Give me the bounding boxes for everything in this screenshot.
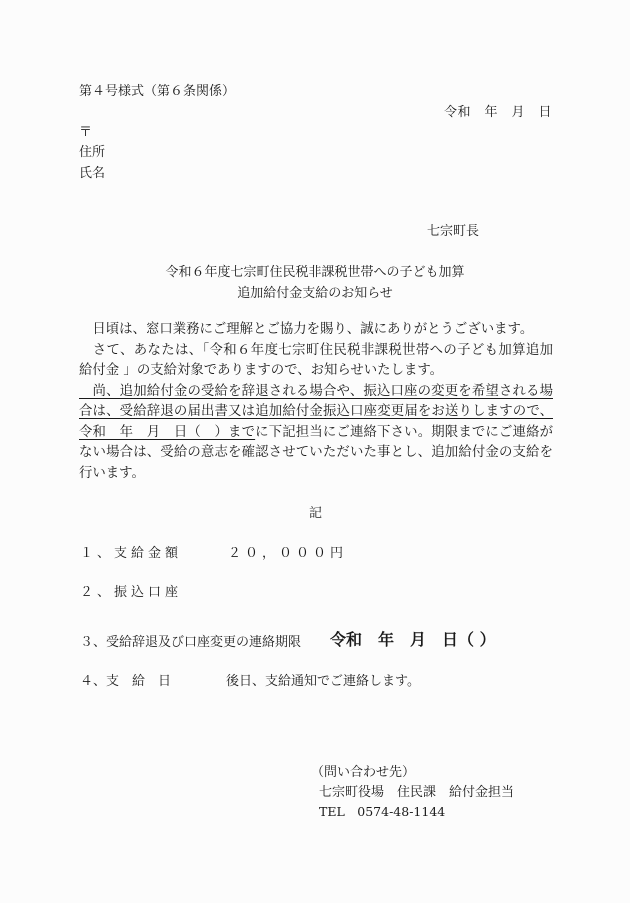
contact-heading: （問い合わせ先） — [311, 761, 415, 780]
address-label: 住所 — [79, 141, 105, 160]
postal-mark: 〒 — [79, 121, 92, 140]
document-title-line2: 追加給付金支給のお知らせ — [0, 282, 630, 301]
item-amount-value: ２０，０００円 — [228, 542, 347, 561]
document-title-line1: 令和６年度七宗町住民税非課税世帯への子ども加算 — [0, 261, 630, 280]
item-paydate-label: ４、支 給 日 — [80, 670, 171, 689]
item-account-label: ２、振込口座 — [80, 581, 182, 600]
item-paydate-value: 後日、支給通知でご連絡します。 — [226, 670, 420, 689]
contact-tel: TEL 0574-48-1144 — [319, 802, 445, 820]
ki-heading: 記 — [309, 502, 322, 521]
name-label: 氏名 — [79, 162, 105, 181]
form-number: 第４号様式（第６条関係） — [79, 80, 235, 99]
body-text: 日頃は、窓口業務にご理解とご協力を賜り、誠にありがとうございます。 さて、あなた… — [79, 320, 553, 484]
notice-paragraph: さて、あなたは、「令和６年度七宗町住民税非課税世帯への子ども加算追加給付金 」の… — [79, 341, 553, 382]
greeting-paragraph: 日頃は、窓口業務にご理解とご協力を賜り、誠にありがとうございます。 — [79, 320, 553, 341]
sender-mayor: 七宗町長 — [427, 220, 479, 239]
item-amount-label: １、支給金額 — [80, 542, 182, 561]
item-deadline-value: 令和 年 月 日（ ） — [330, 627, 496, 650]
issue-date: 令和 年 月 日 — [444, 101, 552, 120]
item-deadline-label: ３、受給辞退及び口座変更の連絡期限 — [80, 631, 301, 650]
contact-office: 七宗町役場 住民課 給付金担当 — [319, 781, 514, 800]
instruction-paragraph: 尚、追加給付金の受給を辞退される場合や、振込口座の変更を希望される場合は、受給辞… — [79, 382, 553, 485]
